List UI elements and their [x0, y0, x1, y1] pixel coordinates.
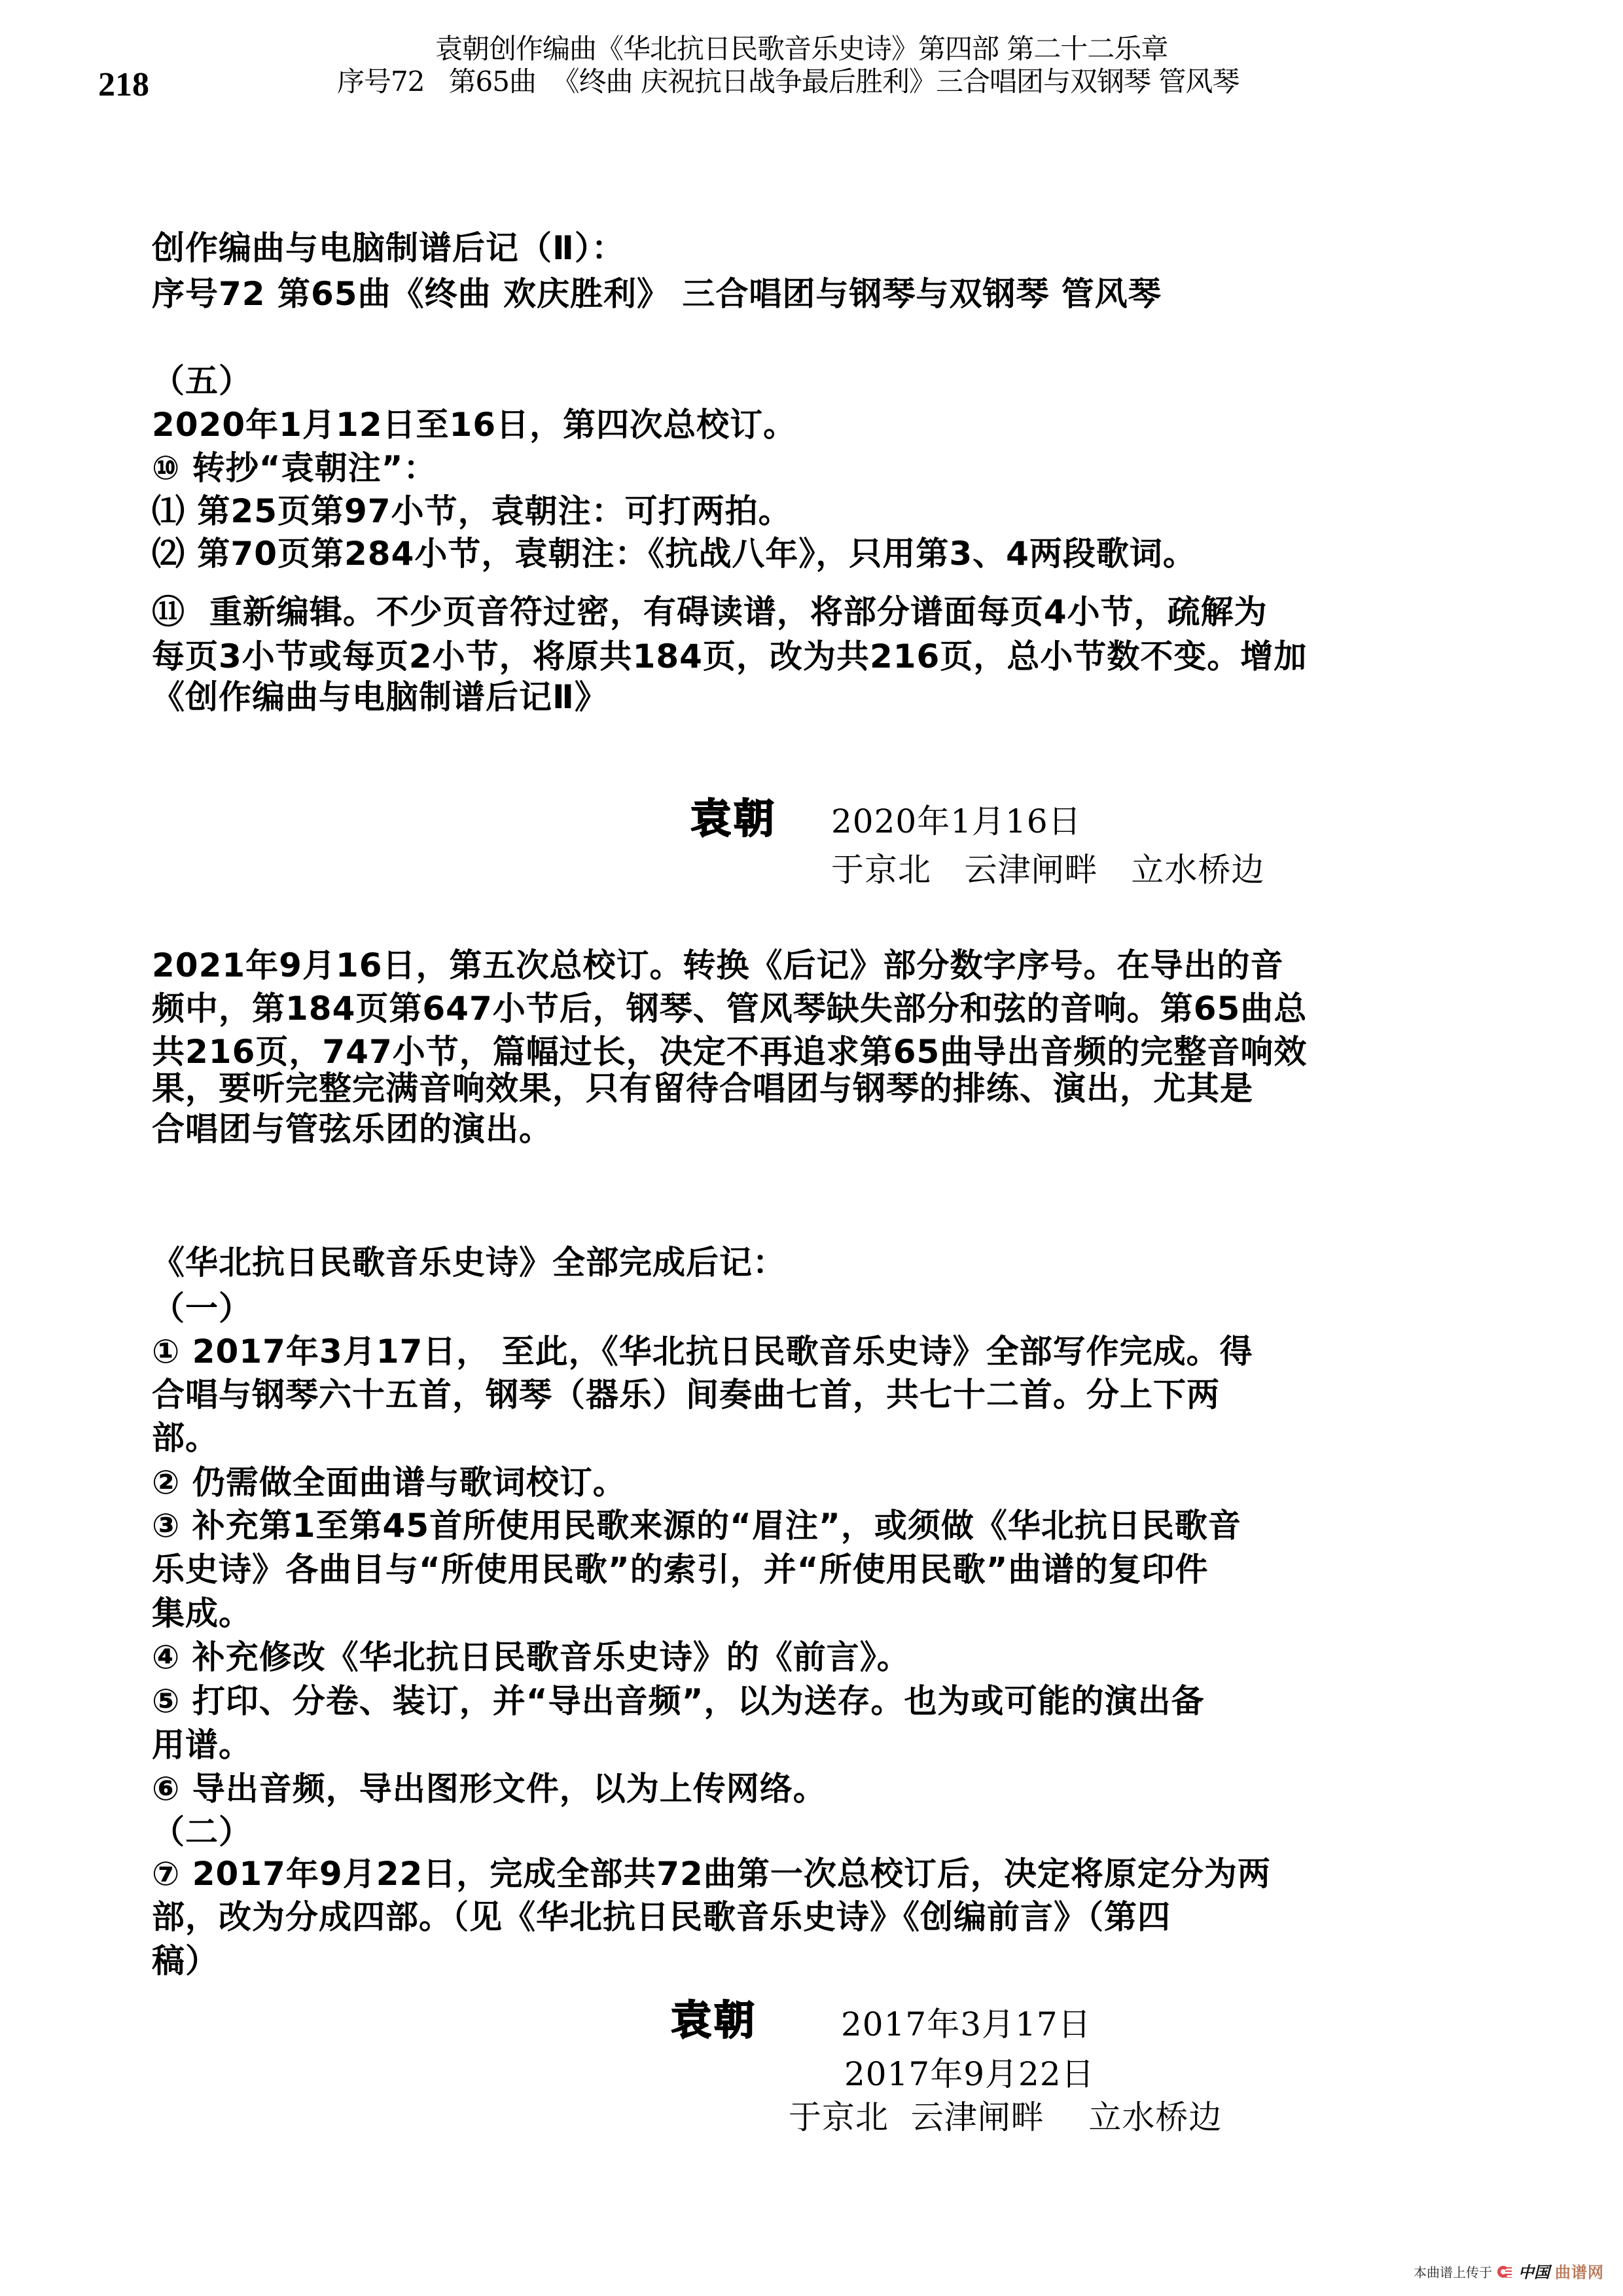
paragraph-line: 每页3小节或每页2小节，将原共184页，改为共216页，总小节数不变。增加 — [152, 637, 1307, 675]
signature-place: 于京北 云津闸畔 立水桥边 — [789, 2098, 1222, 2136]
running-header-subtitle: 序号72 第65曲 《终曲 庆祝抗日战争最后胜利》三合唱团与双钢琴 管风琴 — [337, 65, 1239, 98]
signature-date: 2020年1月16日 — [831, 802, 1082, 840]
paragraph-line: ⑪ 重新编辑。不少页音符过密，有碍读谱，将部分谱面每页4小节，疏解为 — [152, 593, 1268, 631]
paragraph-line: 共216页，747小节，篇幅过长，决定不再追求第65曲导出音频的完整音响效 — [152, 1033, 1307, 1071]
afterword-subtitle: 序号72 第65曲《终曲 欢庆胜利》 三合唱团与钢琴与双钢琴 管风琴 — [152, 275, 1162, 313]
paragraph-line: ⑵ 第70页第284小节，袁朝注：《抗战八年》，只用第3、4两段歌词。 — [152, 535, 1196, 573]
watermark-brand-cn: 中国 — [1518, 2263, 1550, 2282]
paragraph-line: 2020年1月12日至16日，第四次总校订。 — [152, 406, 796, 444]
watermark-prefix: 本曲谱上传于 — [1414, 2263, 1492, 2282]
paragraph-line: ⑥ 导出音频，导出图形文件，以为上传网络。 — [152, 1770, 827, 1808]
page-number: 218 — [98, 65, 149, 105]
signature-name: 袁朝 — [690, 796, 777, 842]
section-label-2: （二） — [152, 1813, 252, 1851]
paragraph-line: ④ 补充修改《华北抗日民歌音乐史诗》的《前言》。 — [152, 1638, 910, 1676]
complete-afterword-title: 《华北抗日民歌音乐史诗》全部完成后记： — [152, 1244, 786, 1282]
paragraph-line: 2021年9月16日，第五次总校订。转换《后记》部分数字序号。在导出的音 — [152, 946, 1284, 984]
section-label-1: （一） — [152, 1289, 252, 1327]
upload-watermark: 本曲谱上传于 中国 曲谱网 — [1414, 2263, 1604, 2282]
signature-date: 2017年9月22日 — [844, 2055, 1095, 2093]
paragraph-line: ② 仍需做全面曲谱与歌词校订。 — [152, 1463, 626, 1501]
paragraph-line: 集成。 — [152, 1594, 252, 1632]
paragraph-line: 频中，第184页第647小节后，钢琴、管风琴缺失部分和弦的音响。第65曲总 — [152, 990, 1307, 1028]
signature-date: 2017年3月17日 — [841, 2005, 1092, 2043]
paragraph-line: 合唱团与管弦乐团的演出。 — [152, 1110, 552, 1148]
signature-name: 袁朝 — [671, 1998, 757, 2043]
paragraph-line: ⑦ 2017年9月22日，完成全部共72曲第一次总校订后，决定将原定分为两 — [152, 1855, 1271, 1893]
paragraph-line: ⑩ 转抄“袁朝注”： — [152, 449, 437, 487]
watermark-brand-site: 曲谱网 — [1555, 2263, 1604, 2282]
afterword-title: 创作编曲与电脑制谱后记（Ⅱ）： — [152, 229, 625, 267]
paragraph-line: ⑴ 第25页第97小节，袁朝注：可打两拍。 — [152, 492, 792, 530]
signature-place: 于京北 云津闸畔 立水桥边 — [831, 851, 1264, 889]
paragraph-line: 稿） — [152, 1942, 219, 1980]
paragraph-line: 合唱与钢琴六十五首，钢琴（器乐）间奏曲七首，共七十二首。分上下两 — [152, 1376, 1220, 1414]
site-logo-icon — [1497, 2265, 1513, 2280]
paragraph-line: 《创作编曲与电脑制谱后记Ⅱ》 — [152, 678, 608, 716]
paragraph-line: ③ 补充第1至第45首所使用民歌来源的“眉注”，或须做《华北抗日民歌音 — [152, 1507, 1241, 1545]
paragraph-line: 乐史诗》各曲目与“所使用民歌”的索引，并“所使用民歌”曲谱的复印件 — [152, 1551, 1208, 1588]
paragraph-line: ① 2017年3月17日， 至此，《华北抗日民歌音乐史诗》全部写作完成。得 — [152, 1333, 1253, 1371]
paragraph-line: 部，改为分成四部。（见《华北抗日民歌音乐史诗》《创编前言》（第四 — [152, 1898, 1171, 1936]
running-header-title: 袁朝创作编曲《华北抗日民歌音乐史诗》第四部 第二十二乐章 — [435, 33, 1168, 65]
section-label-5: （五） — [152, 362, 252, 400]
paragraph-line: 部。 — [152, 1419, 219, 1457]
paragraph-line: 果，要听完整完满音响效果，只有留待合唱团与钢琴的排练、演出，尤其是 — [152, 1069, 1253, 1107]
paragraph-line: 用谱。 — [152, 1726, 252, 1764]
paragraph-line: ⑤ 打印、分卷、装订，并“导出音频”，以为送存。也为或可能的演出备 — [152, 1682, 1204, 1720]
